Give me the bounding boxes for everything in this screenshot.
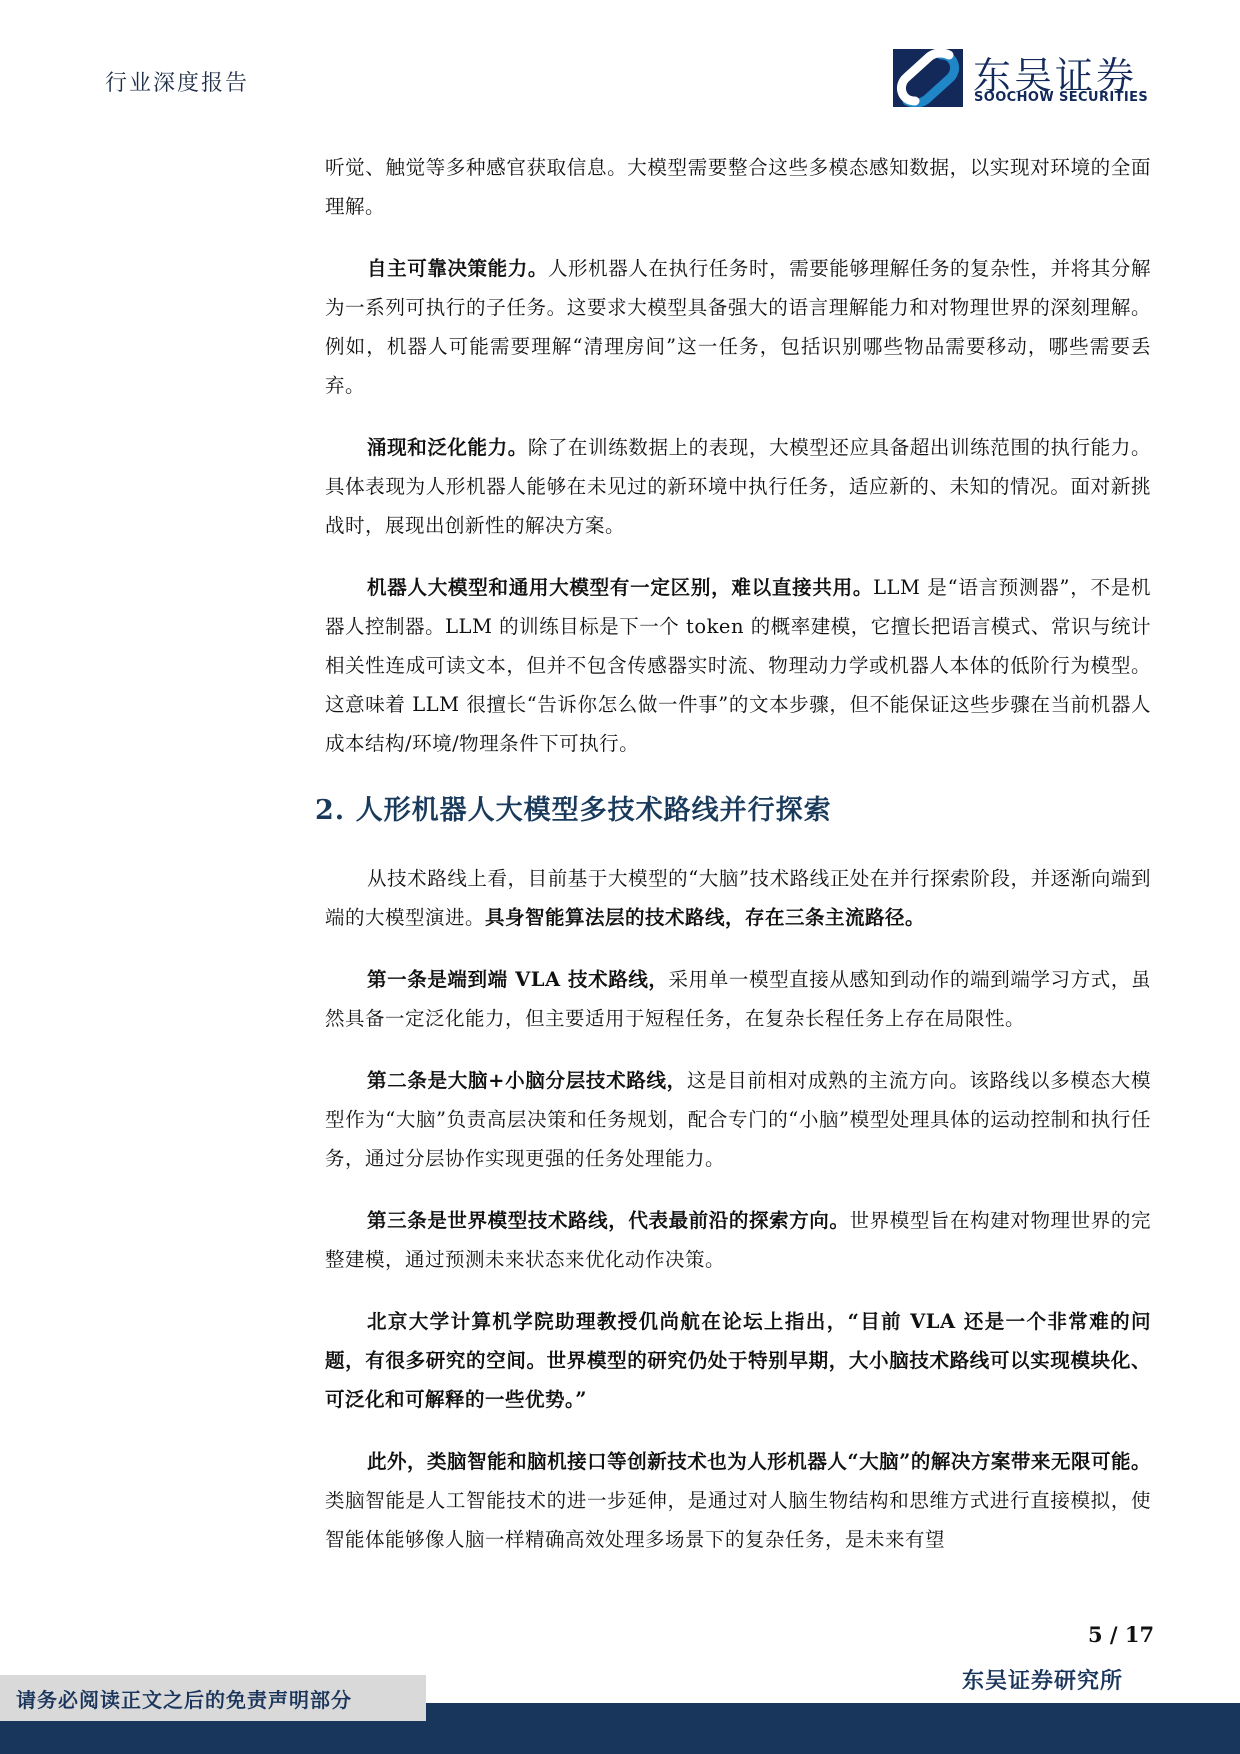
paragraph-lead: 第三条是世界模型技术路线，代表最前沿的探索方向。 xyxy=(367,1209,850,1232)
page-number: 5 / 17 xyxy=(1088,1622,1154,1647)
paragraph-route-3: 第三条是世界模型技术路线，代表最前沿的探索方向。世界模型旨在构建对物理世界的完整… xyxy=(325,1201,1151,1279)
paragraph-generalization: 涌现和泛化能力。除了在训练数据上的表现，大模型还应具备超出训练范围的执行能力。具… xyxy=(325,428,1151,545)
paragraph-quote: 北京大学计算机学院助理教授仉尚航在论坛上指出，“目前 VLA 还是一个非常难的问… xyxy=(325,1302,1151,1419)
paragraph-llm-difference: 机器人大模型和通用大模型有一定区别，难以直接共用。LLM 是“语言预测器”，不是… xyxy=(325,568,1151,763)
soochow-logo-icon xyxy=(893,49,963,107)
soochow-logo: 东吴证券 SOOCHOW SECURITIES xyxy=(893,49,1153,107)
logo-name-en: SOOCHOW SECURITIES xyxy=(974,90,1148,105)
paragraph-lead: 机器人大模型和通用大模型有一定区别，难以直接共用。 xyxy=(367,576,873,599)
paragraph-decision: 自主可靠决策能力。人形机器人在执行任务时，需要能够理解任务的复杂性，并将其分解为… xyxy=(325,249,1151,405)
paragraph-emphasis: 具身智能算法层的技术路线，存在三条主流路径。 xyxy=(485,906,925,929)
disclaimer-box: 请务必阅读正文之后的免责声明部分 xyxy=(0,1675,426,1721)
paragraph-lead: 此外，类脑智能和脑机接口等创新技术也为人形机器人“大脑”的解决方案带来无限可能。 xyxy=(367,1450,1151,1473)
section-heading: 2. 人形机器人大模型多技术路线并行探索 xyxy=(315,791,1151,831)
quote-text: 北京大学计算机学院助理教授仉尚航在论坛上指出，“目前 VLA 还是一个非常难的问… xyxy=(325,1310,1151,1411)
paragraph-brain-inspired: 此外，类脑智能和脑机接口等创新技术也为人形机器人“大脑”的解决方案带来无限可能。… xyxy=(325,1442,1151,1559)
paragraph-text: 类脑智能是人工智能技术的进一步延伸，是通过对人脑生物结构和思维方式进行直接模拟，… xyxy=(325,1489,1151,1551)
paragraph-route-1: 第一条是端到端 VLA 技术路线，采用单一模型直接从感知到动作的端到端学习方式，… xyxy=(325,960,1151,1038)
paragraph-tech-routes: 从技术路线上看，目前基于大模型的“大脑”技术路线正处在并行探索阶段，并逐渐向端到… xyxy=(325,859,1151,937)
paragraph-lead: 第二条是大脑+小脑分层技术路线， xyxy=(367,1069,687,1092)
report-body: 听觉、触觉等多种感官获取信息。大模型需要整合这些多模态感知数据，以实现对环境的全… xyxy=(325,148,1151,1582)
footer-org: 东吴证券研究所 xyxy=(962,1664,1123,1695)
disclaimer-text: 请务必阅读正文之后的免责声明部分 xyxy=(16,1684,352,1713)
report-type-label: 行业深度报告 xyxy=(105,66,249,97)
paragraph-route-2: 第二条是大脑+小脑分层技术路线，这是目前相对成熟的主流方向。该路线以多模态大模型… xyxy=(325,1061,1151,1178)
paragraph-perception: 听觉、触觉等多种感官获取信息。大模型需要整合这些多模态感知数据，以实现对环境的全… xyxy=(325,148,1151,226)
paragraph-text: LLM 是“语言预测器”，不是机器人控制器。LLM 的训练目标是下一个 toke… xyxy=(325,576,1151,755)
paragraph-lead: 涌现和泛化能力。 xyxy=(367,436,528,459)
paragraph-lead: 自主可靠决策能力。 xyxy=(367,257,548,280)
paragraph-lead: 第一条是端到端 VLA 技术路线， xyxy=(367,968,669,991)
